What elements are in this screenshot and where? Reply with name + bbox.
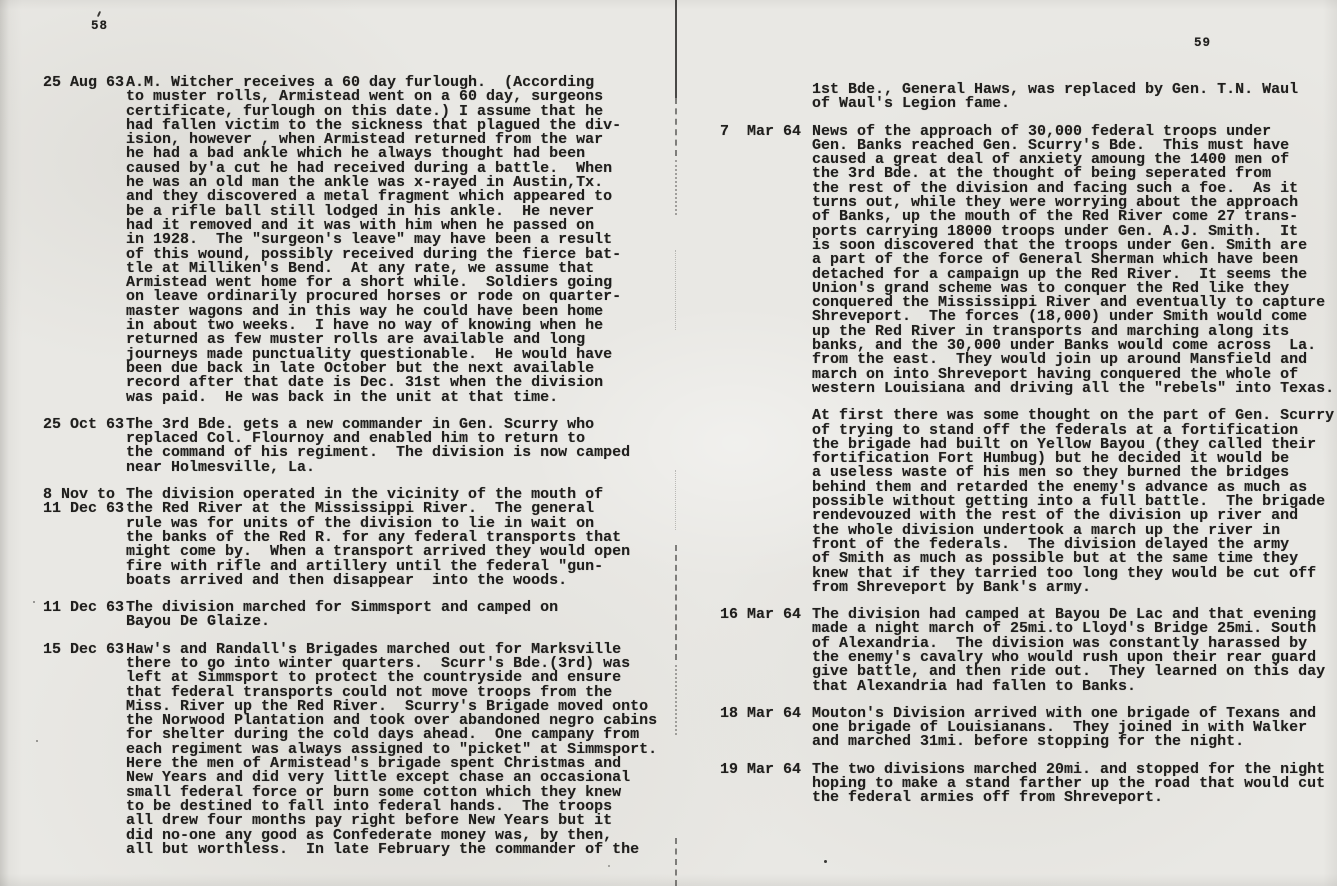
page-fold-line: [675, 665, 677, 735]
page-number: 59: [1194, 36, 1211, 50]
scan-speck: [97, 11, 101, 17]
scan-speck: [824, 860, 827, 863]
entry-body: A.M. Witcher receives a 60 day furlough.…: [126, 76, 621, 405]
page-fold-line: [675, 98, 677, 156]
timeline-entry: 19 Mar 64 The two divisions marched 20mi…: [720, 763, 1336, 806]
entry-date: 16 Mar 64: [720, 608, 812, 694]
entry-date: 15 Dec 63: [43, 643, 126, 857]
entry-date: 18 Mar 64: [720, 707, 812, 750]
entry-body: 1st Bde., General Haws, was replaced by …: [812, 83, 1298, 112]
timeline-entry: 16 Mar 64 The division had camped at Bay…: [720, 608, 1336, 694]
entry-date: 25 Oct 63: [43, 418, 126, 475]
scan-speck: [33, 601, 35, 603]
entry-body: News of the approach of 30,000 federal t…: [812, 125, 1334, 397]
scanned-page-spread: 58 59 25 Aug 63 A.M. Witcher receives a …: [0, 0, 1337, 886]
entry-body: The 3rd Bde. gets a new commander in Gen…: [126, 418, 630, 475]
timeline-entry: 7 Mar 64 News of the approach of 30,000 …: [720, 125, 1336, 397]
entry-body: Haw's and Randall's Brigades marched out…: [126, 643, 657, 857]
entry-date: [720, 409, 812, 595]
entry-date: 7 Mar 64: [720, 125, 812, 397]
entry-body: The division operated in the vicinity of…: [126, 488, 630, 588]
timeline-entry: 25 Oct 63 The 3rd Bde. gets a new comman…: [43, 418, 643, 475]
entry-body: At first there was some thought on the p…: [812, 409, 1334, 595]
entry-body: The division marched for Simmsport and c…: [126, 601, 558, 630]
page-fold-line: [675, 250, 676, 330]
page-fold-line: [675, 545, 677, 660]
page-fold-line: [675, 160, 677, 215]
timeline-entry: 18 Mar 64 Mouton's Division arrived with…: [720, 707, 1336, 750]
entry-body: The division had camped at Bayou De Lac …: [812, 608, 1325, 694]
entry-date: 11 Dec 63: [43, 601, 126, 630]
entry-body: The two divisions marched 20mi. and stop…: [812, 763, 1325, 806]
page-58: 25 Aug 63 A.M. Witcher receives a 60 day…: [43, 76, 643, 870]
timeline-entry: 25 Aug 63 A.M. Witcher receives a 60 day…: [43, 76, 643, 405]
entry-date: 19 Mar 64: [720, 763, 812, 806]
entry-date: [720, 83, 812, 112]
page-number: 58: [91, 19, 108, 33]
page-fold-line: [675, 838, 677, 886]
scan-speck: [36, 740, 38, 742]
timeline-entry: 8 Nov to 11 Dec 63 The division operated…: [43, 488, 643, 588]
page-59: 1st Bde., General Haws, was replaced by …: [720, 83, 1336, 819]
timeline-entry: 15 Dec 63 Haw's and Randall's Brigades m…: [43, 643, 643, 857]
entry-date: 25 Aug 63: [43, 76, 126, 405]
entry-date: 8 Nov to 11 Dec 63: [43, 488, 126, 588]
timeline-entry: 1st Bde., General Haws, was replaced by …: [720, 83, 1336, 112]
page-fold-line: [675, 470, 676, 530]
timeline-entry: 11 Dec 63 The division marched for Simms…: [43, 601, 643, 630]
timeline-entry: At first there was some thought on the p…: [720, 409, 1336, 595]
page-fold-line: [675, 0, 677, 98]
entry-body: Mouton's Division arrived with one briga…: [812, 707, 1316, 750]
